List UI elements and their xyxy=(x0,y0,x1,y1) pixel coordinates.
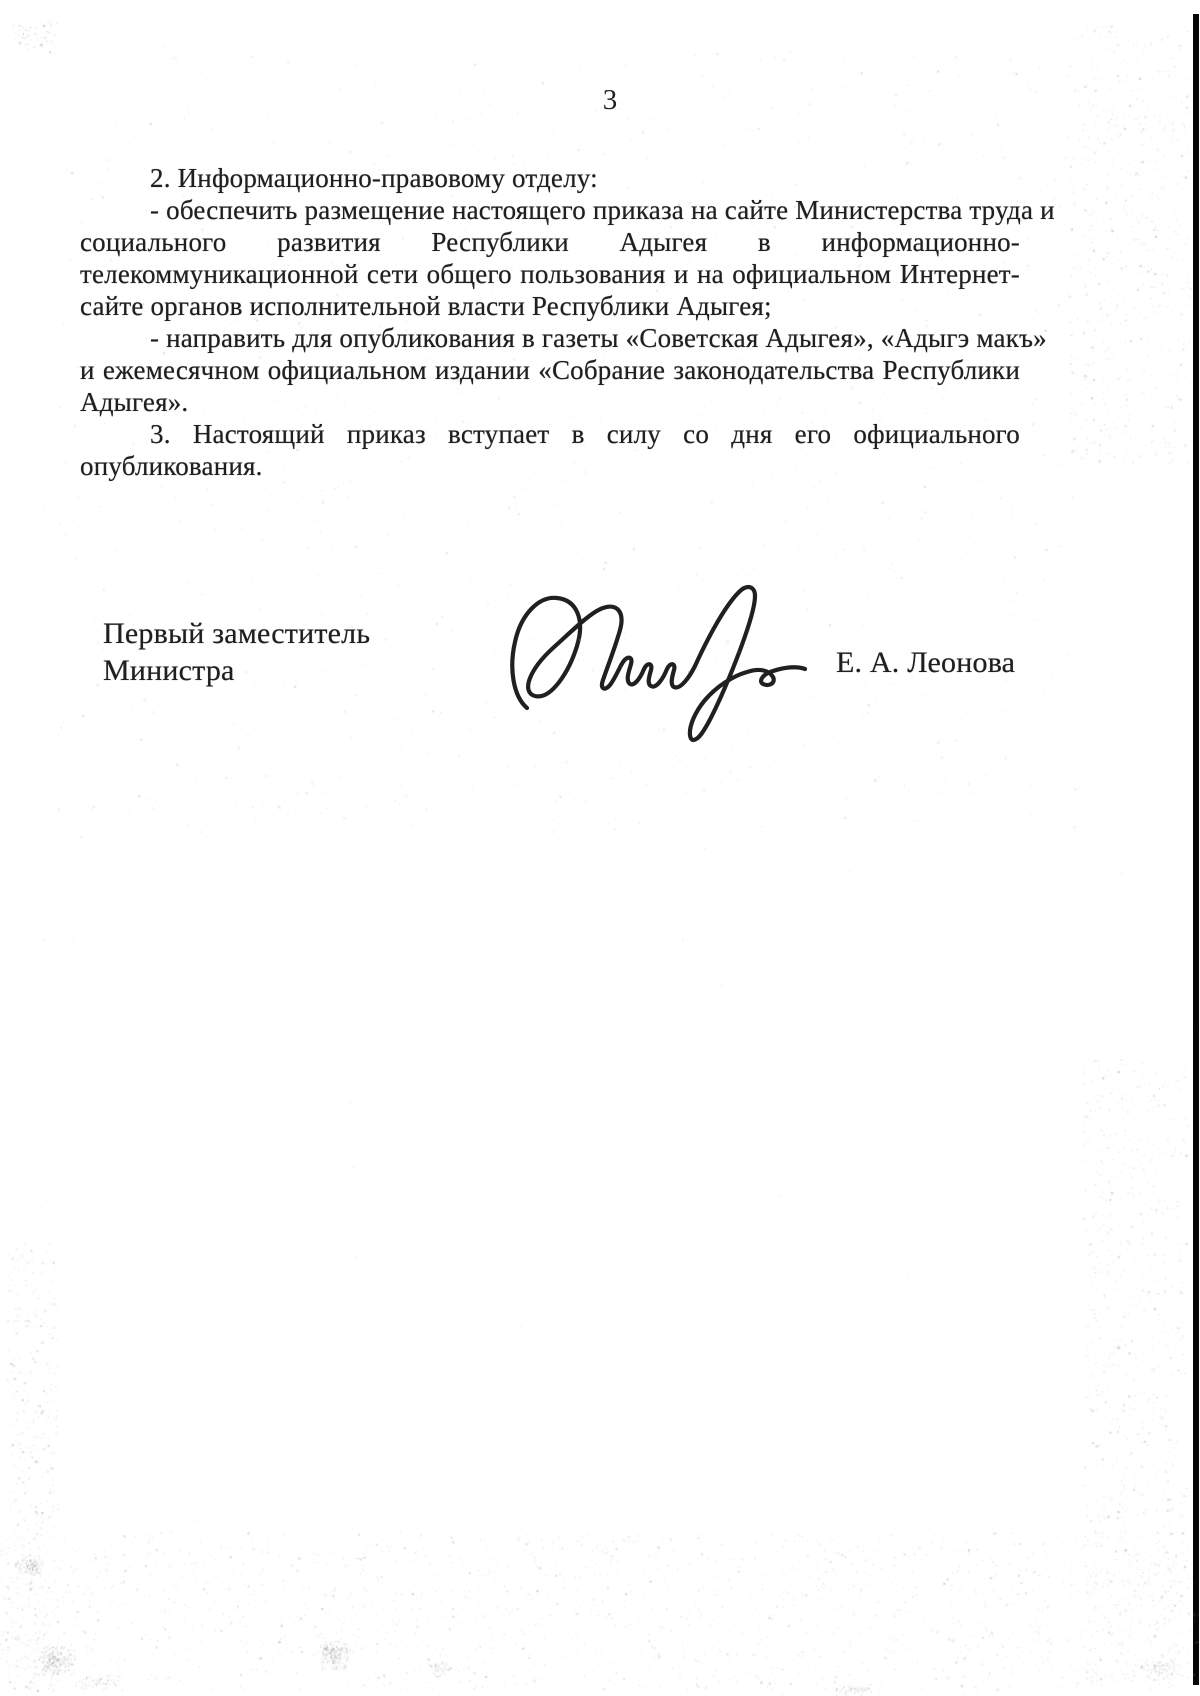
handwritten-signature xyxy=(505,558,825,758)
scanned-document-page: 3 2. Информационно-правовому отделу:- об… xyxy=(0,0,1200,1696)
scan-edge-artifact xyxy=(1193,14,1199,1685)
signer-title-line2: Министра xyxy=(103,652,370,689)
signer-title: Первый заместитель Министра xyxy=(103,615,370,689)
signer-name: Е. А. Леонова xyxy=(836,644,1015,681)
signer-title-line1: Первый заместитель xyxy=(103,615,370,652)
signature-block: Первый заместитель Министра Е. А. Леонов… xyxy=(0,0,1200,760)
signature-stroke xyxy=(512,587,805,740)
